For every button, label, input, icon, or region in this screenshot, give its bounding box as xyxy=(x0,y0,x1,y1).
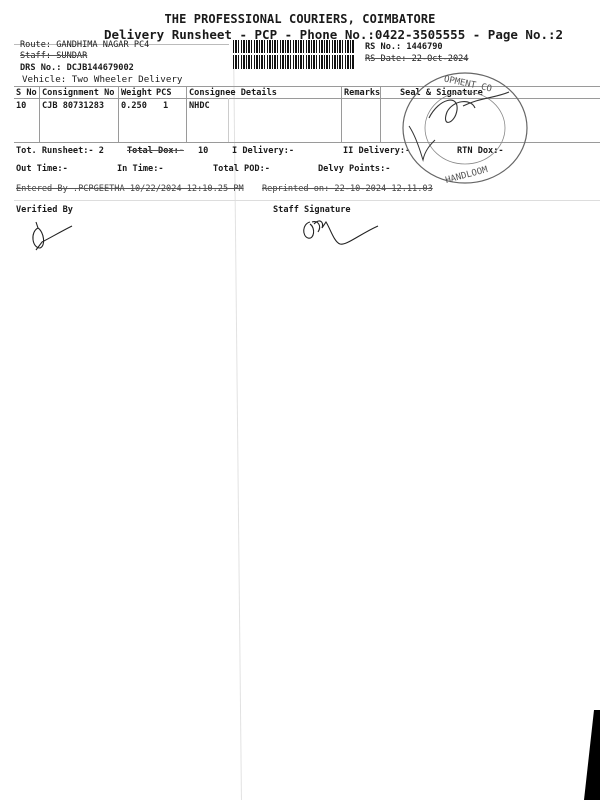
col-divider xyxy=(39,86,40,142)
in-time: In Time:- xyxy=(117,164,164,174)
route-label: Route: GANDHIMA NAGAR PC4 xyxy=(20,40,149,50)
total-dox-label: Total Dox:- xyxy=(127,146,184,156)
scan-edge-artifact xyxy=(580,710,600,800)
rs-number: RS No.: 1446790 xyxy=(365,42,443,52)
col-divider xyxy=(341,86,342,142)
total-dox-value: 10 xyxy=(198,146,208,156)
tot-runsheet: Tot. Runsheet:- 2 xyxy=(16,146,104,156)
rs-date: RS Date: 22-Oct-2024 xyxy=(365,54,468,64)
company-title: THE PROFESSIONAL COURIERS, COIMBATORE xyxy=(0,12,600,26)
cell-consignment-no: CJB 80731283 xyxy=(42,101,104,111)
col-divider xyxy=(228,98,229,142)
i-delivery: I Delivery:- xyxy=(232,146,294,156)
col-divider xyxy=(186,86,187,142)
divider xyxy=(14,200,600,201)
col-header-sno: S No xyxy=(16,88,37,98)
cell-weight: 0.250 xyxy=(121,101,147,111)
rubber-stamp-icon: OPMENT CO HANDLOOM xyxy=(399,68,531,186)
out-time: Out Time:- xyxy=(16,164,68,174)
drs-number: DRS No.: DCJB144679002 xyxy=(20,63,134,73)
total-pod: Total POD:- xyxy=(213,164,270,174)
staff-label: Staff: SUNDAR xyxy=(20,51,87,61)
cell-consignee: NHDC xyxy=(189,101,210,111)
verified-by-label: Verified By xyxy=(16,205,73,215)
staff-signature-label: Staff Signature xyxy=(273,205,351,215)
verified-signature-icon xyxy=(28,218,78,254)
entered-by: Entered By .PCPGEETHA 10/22/2024 12:10.2… xyxy=(16,184,244,194)
col-header-weight: Weight xyxy=(121,88,152,98)
svg-text:OPMENT CO: OPMENT CO xyxy=(443,75,493,95)
col-header-consignment: Consignment No xyxy=(42,88,114,98)
vehicle-label: Vehicle: Two Wheeler Delivery xyxy=(22,74,182,85)
cell-sno: 10 xyxy=(16,101,26,111)
col-divider xyxy=(118,86,119,142)
col-header-consignee: Consignee Details xyxy=(189,88,277,98)
col-header-pcs: PCS xyxy=(156,88,172,98)
col-header-remarks: Remarks xyxy=(344,88,380,98)
staff-signature-icon xyxy=(300,218,382,250)
cell-pcs: 1 xyxy=(163,101,168,111)
barcode-icon xyxy=(233,40,355,69)
delvy-points: Delvy Points:- xyxy=(318,164,390,174)
